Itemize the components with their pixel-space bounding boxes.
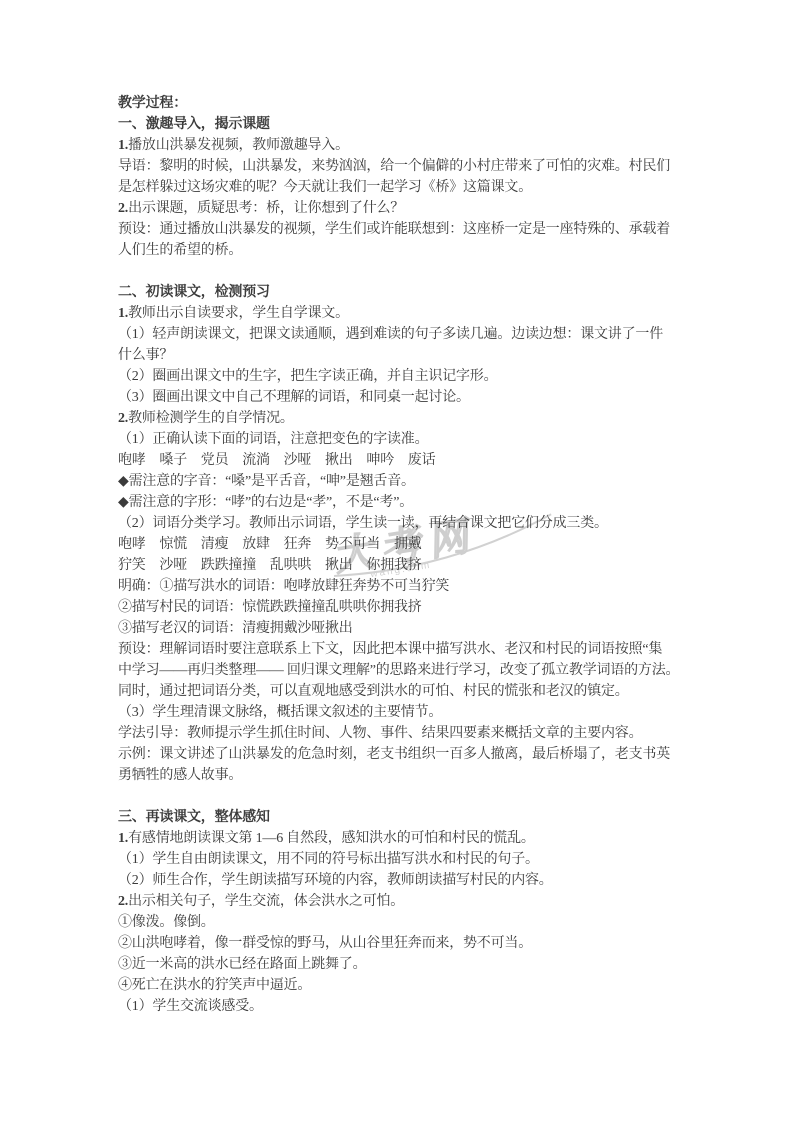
line-text: （2）师生合作，学生朗读描写环境的内容，教师朗读描写村民的内容。 [118, 873, 553, 888]
text-line: 1.有感情地朗读课文第 1—6 自然段，感知洪水的可怕和村民的慌乱。 [118, 828, 678, 849]
text-line: ◆需注意的字音：“嗓”是平舌音，“呻”是翘舌音。 [118, 471, 678, 492]
text-line: ④死亡在洪水的狞笑声中逼近。 [118, 975, 678, 996]
line-text: 示例：课文讲述了山洪暴发的危急时刻，老支书组织一百多人撤离，最后桥塌了，老支书英 [118, 747, 670, 762]
text-line: 中学习——再归类整理—— 回归课文理解”的思路来进行学习，改变了孤立教学词语的方… [118, 660, 678, 681]
step-number: 2. [118, 411, 128, 426]
line-text: 同时，通过把词语分类，可以直观地感受到洪水的可怕、村民的慌张和老汉的镇定。 [118, 684, 629, 699]
line-text: 人们生的希望的桥。 [118, 243, 242, 258]
line-text: （1）正确认读下面的词语，注意把变色的字读准。 [118, 432, 428, 447]
text-line: ②山洪咆哮着，像一群受惊的野马，从山谷里狂奔而来，势不可当。 [118, 933, 678, 954]
line-text: 咆哮 惊慌 清瘦 放肆 狂奔 势不可当 拥戴 [118, 537, 422, 552]
text-line: （3）圈画出课文中自己不理解的词语，和同桌一起讨论。 [118, 387, 678, 408]
line-text: （3）学生理清课文脉络，概括课文叙述的主要情节。 [118, 705, 442, 720]
text-line: （1）正确认读下面的词语，注意把变色的字读准。 [118, 429, 678, 450]
line-text: 三、再读课文，整体感知 [118, 810, 270, 825]
document-page: 大考网 wang.com 教学过程： 一、激趣导入，揭示课题 1.播放山洪暴发视… [0, 0, 793, 1122]
line-text: 播放山洪暴发视频，教师激趣导入。 [128, 138, 349, 153]
line-text: 二、初读课文，检测预习 [118, 285, 270, 300]
line-text: 咆哮 嗓子 党员 流淌 沙哑 揪出 呻吟 废话 [118, 453, 435, 468]
text-line: （1）学生交流谈感受。 [118, 996, 678, 1017]
text-line: 1.播放山洪暴发视频，教师激趣导入。 [118, 135, 678, 156]
step-number: 1. [118, 306, 128, 321]
text-line: 明确：①描写洪水的词语：咆哮放肆狂奔势不可当狞笑 [118, 576, 678, 597]
text-line: 一、激趣导入，揭示课题 [118, 114, 678, 135]
line-text: ◆需注意的字形：“哮”的右边是“孝”，不是“考”。 [118, 495, 413, 510]
text-line: （2）师生合作，学生朗读描写环境的内容，教师朗读描写村民的内容。 [118, 870, 678, 891]
text-line: 咆哮 嗓子 党员 流淌 沙哑 揪出 呻吟 废话 [118, 450, 678, 471]
line-text: 什么事？ [118, 348, 173, 363]
step-number: 2. [118, 894, 128, 909]
line-text: ③描写老汉的词语：清瘦拥戴沙哑揪出 [118, 621, 353, 636]
line-text: ◆需注意的字音：“嗓”是平舌音，“呻”是翘舌音。 [118, 474, 415, 489]
line-text: ④死亡在洪水的狞笑声中逼近。 [118, 978, 311, 993]
text-line: 预设：理解词语时要注意联系上下文，因此把本课中描写洪水、老汉和村民的词语按照“集 [118, 639, 678, 660]
document-body: 教学过程： 一、激趣导入，揭示课题 1.播放山洪暴发视频，教师激趣导入。 导语：… [118, 93, 678, 1017]
line-text: （1）学生交流谈感受。 [118, 999, 263, 1014]
line-text: 导语：黎明的时候，山洪暴发，来势汹汹，给一个偏僻的小村庄带来了可怕的灾难。村民们 [118, 159, 670, 174]
line-text: （1）轻声朗读课文，把课文读通顺，遇到难读的句子多读几遍。边读边想：课文讲了一件 [118, 327, 663, 342]
line-text: （2）词语分类学习。教师出示词语，学生读一读，再结合课文把它们分成三类。 [118, 516, 608, 531]
text-line: ③近一米高的洪水已经在路面上跳舞了。 [118, 954, 678, 975]
text-line: （1）轻声朗读课文，把课文读通顺，遇到难读的句子多读几遍。边读边想：课文讲了一件 [118, 324, 678, 345]
line-text: ①像泼。像倒。 [118, 915, 215, 930]
line-text: 勇牺牲的感人故事。 [118, 768, 242, 783]
text-line: 同时，通过把词语分类，可以直观地感受到洪水的可怕、村民的慌张和老汉的镇定。 [118, 681, 678, 702]
line-text: （1）学生自由朗读课文，用不同的符号标出描写洪水和村民的句子。 [118, 852, 539, 867]
line-text: ②山洪咆哮着，像一群受惊的野马，从山谷里狂奔而来，势不可当。 [118, 936, 532, 951]
text-line: 咆哮 惊慌 清瘦 放肆 狂奔 势不可当 拥戴 [118, 534, 678, 555]
text-line [118, 786, 678, 807]
line-text: 教学过程： [118, 96, 187, 111]
line-text: 学法引导：教师提示学生抓住时间、人物、事件、结果四要素来概括文章的主要内容。 [118, 726, 642, 741]
line-text: （3）圈画出课文中自己不理解的词语，和同桌一起讨论。 [118, 390, 470, 405]
text-line: ①像泼。像倒。 [118, 912, 678, 933]
text-line: 导语：黎明的时候，山洪暴发，来势汹汹，给一个偏僻的小村庄带来了可怕的灾难。村民们 [118, 156, 678, 177]
line-text: 中学习——再归类整理—— 回归课文理解”的思路来进行学习，改变了孤立教学词语的方… [118, 663, 679, 678]
text-line: 是怎样躲过这场灾难的呢？今天就让我们一起学习《桥》这篇课文。 [118, 177, 678, 198]
line-text: 预设：通过播放山洪暴发的视频，学生们或许能联想到：这座桥一定是一座特殊的、承载着 [118, 222, 670, 237]
text-line: （3）学生理清课文脉络，概括课文叙述的主要情节。 [118, 702, 678, 723]
line-text: 出示相关句子，学生交流，体会洪水之可怕。 [128, 894, 404, 909]
line-text: 教师出示自读要求，学生自学课文。 [128, 306, 349, 321]
line-text: 狞笑 沙哑 跌跌撞撞 乱哄哄 揪出 你拥我挤 [118, 558, 422, 573]
line-text: 教师检测学生的自学情况。 [128, 411, 294, 426]
text-line: 示例：课文讲述了山洪暴发的危急时刻，老支书组织一百多人撤离，最后桥塌了，老支书英 [118, 744, 678, 765]
text-line: 2.出示相关句子，学生交流，体会洪水之可怕。 [118, 891, 678, 912]
text-line: 学法引导：教师提示学生抓住时间、人物、事件、结果四要素来概括文章的主要内容。 [118, 723, 678, 744]
text-line: ②描写村民的词语：惊慌跌跌撞撞乱哄哄你拥我挤 [118, 597, 678, 618]
line-text: 是怎样躲过这场灾难的呢？今天就让我们一起学习《桥》这篇课文。 [118, 180, 532, 195]
line-text: ③近一米高的洪水已经在路面上跳舞了。 [118, 957, 366, 972]
text-line: 教学过程： [118, 93, 678, 114]
text-line: （2）圈画出课文中的生字，把生字读正确，并自主识记字形。 [118, 366, 678, 387]
text-line: 预设：通过播放山洪暴发的视频，学生们或许能联想到：这座桥一定是一座特殊的、承载着 [118, 219, 678, 240]
step-number: 1. [118, 831, 128, 846]
text-line: （1）学生自由朗读课文，用不同的符号标出描写洪水和村民的句子。 [118, 849, 678, 870]
line-text: ②描写村民的词语：惊慌跌跌撞撞乱哄哄你拥我挤 [118, 600, 422, 615]
text-line: 二、初读课文，检测预习 [118, 282, 678, 303]
text-line: 人们生的希望的桥。 [118, 240, 678, 261]
text-line: ◆需注意的字形：“哮”的右边是“孝”，不是“考”。 [118, 492, 678, 513]
text-line: 什么事？ [118, 345, 678, 366]
text-line [118, 261, 678, 282]
text-line: 勇牺牲的感人故事。 [118, 765, 678, 786]
text-line: 2.教师检测学生的自学情况。 [118, 408, 678, 429]
text-line: 狞笑 沙哑 跌跌撞撞 乱哄哄 揪出 你拥我挤 [118, 555, 678, 576]
text-line: 三、再读课文，整体感知 [118, 807, 678, 828]
text-line: （2）词语分类学习。教师出示词语，学生读一读，再结合课文把它们分成三类。 [118, 513, 678, 534]
step-number: 1. [118, 138, 128, 153]
line-text: （2）圈画出课文中的生字，把生字读正确，并自主识记字形。 [118, 369, 497, 384]
text-line: 1.教师出示自读要求，学生自学课文。 [118, 303, 678, 324]
line-text: 出示课题，质疑思考：桥，让你想到了什么？ [128, 201, 404, 216]
line-text: 明确：①描写洪水的词语：咆哮放肆狂奔势不可当狞笑 [118, 579, 449, 594]
text-line: ③描写老汉的词语：清瘦拥戴沙哑揪出 [118, 618, 678, 639]
line-text: 有感情地朗读课文第 1—6 自然段，感知洪水的可怕和村民的慌乱。 [128, 831, 535, 846]
line-text: 一、激趣导入，揭示课题 [118, 117, 270, 132]
line-text: 预设：理解词语时要注意联系上下文，因此把本课中描写洪水、老汉和村民的词语按照“集 [118, 642, 662, 657]
text-line: 2.出示课题，质疑思考：桥，让你想到了什么？ [118, 198, 678, 219]
step-number: 2. [118, 201, 128, 216]
